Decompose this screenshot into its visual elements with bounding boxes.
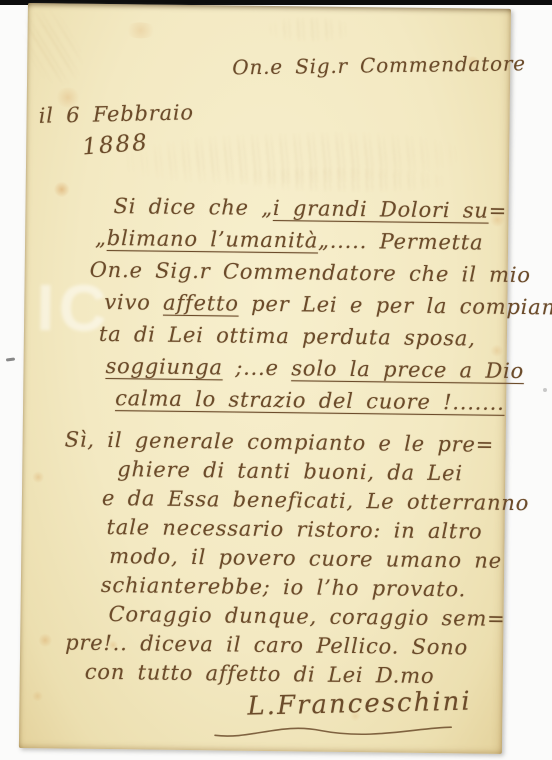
phrase: „ [95,226,107,250]
underlined-phrase: calma lo strazio del cuore !....... [115,386,505,415]
underlined-phrase: affetto [163,291,239,316]
paragraph-2: Sì, il generale compianto e le pre=ghier… [60,427,508,693]
margin-mark [6,357,15,361]
phrase: On.e Sig.r Commendatore che il mio [90,258,531,287]
underlined-phrase: i grandi Dolori su [273,196,489,223]
letter-paper: IC On.e Sig.r Commendatore il 6 Febbraio… [19,3,511,754]
letter-line: vivo affetto per Lei e per la compian= [89,290,504,327]
ink-bleed-ghost [268,16,352,43]
ink-bleed-ghost [238,166,448,195]
paragraph-1: Si dice che „i grandi Dolori su=„blimano… [88,194,506,423]
letter-line: Si dice che „i grandi Dolori su= [90,194,505,231]
phrase: „..... Permetta [318,229,484,255]
phrase: ghiere di tanti buoni, da Lei [117,457,463,485]
underlined-phrase: soggiunga [105,354,223,379]
phrase: ;...e [223,355,292,380]
letter-line: soggiunga ;...e solo la prece a Dio [88,354,503,391]
phrase: pre!.. diceva il caro Pellico. Sono [65,631,468,660]
margin-mark [543,388,547,392]
foxing-stain [31,691,43,701]
phrase: con tutto affetto di Lei D.mo [85,660,435,688]
phrase: Sì, il generale compianto e le pre= [65,427,495,456]
phrase: Si dice che „ [113,194,273,220]
date-line-2: 1888 [81,130,149,161]
ink-bleed-ghost [12,0,93,94]
underlined-phrase: blimano l’umanità [107,226,319,253]
underlined-phrase: solo la prece a Dio [291,356,524,383]
foxing-stain [54,181,70,197]
salutation: On.e Sig.r Commendatore [232,51,526,79]
signature-flourish-icon [211,715,456,744]
letter-line: calma lo strazio del cuore !....... [88,386,503,423]
phrase: e da Essa beneficati, Le otterranno [102,486,529,515]
phrase: per Lei e per la compian= [239,292,552,320]
phrase: Coraggio dunque, coraggio sem= [108,602,505,631]
phrase: schianterebbe; io l’ho provato. [101,573,466,601]
date-line-1: il 6 Febbraio [38,100,194,128]
phrase: modo, il povero cuore umano ne [109,544,502,573]
phrase: = [489,199,508,223]
phrase: vivo [104,290,163,315]
phrase: ta di Lei ottima perduta sposa, [99,322,476,351]
phrase: tale necessario ristoro: in altro [106,515,482,544]
foxing-stain [38,633,52,647]
foxing-stain [124,22,158,38]
letter-line: „blimano l’umanità„..... Permetta [90,226,505,263]
letter-line: On.e Sig.r Commendatore che il mio [90,258,505,295]
scanned-letter-image: IC On.e Sig.r Commendatore il 6 Febbraio… [0,0,552,760]
foxing-stain [32,471,44,483]
letter-line: ta di Lei ottima perduta sposa, [89,322,504,359]
